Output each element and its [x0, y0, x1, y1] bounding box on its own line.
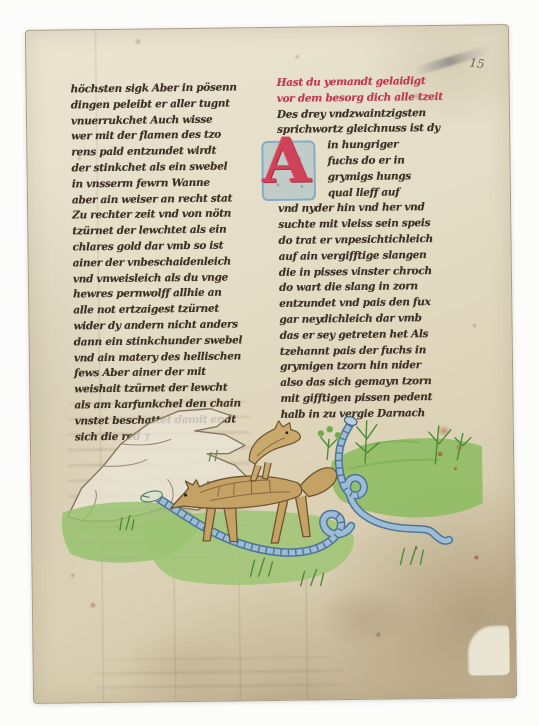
rubric-line: vor dem besorg dich alle tzeit [277, 89, 472, 107]
rubric: Hast du yemandt gelaidigtvor dem besorg … [276, 74, 471, 108]
initial-letter: A [253, 129, 320, 194]
right-text-column: Hast du yemandt gelaidigtvor dem besorg … [276, 74, 475, 424]
photo-background: { "page": { "folio_number": "15" }, "col… [0, 0, 539, 726]
paragraph-body: vnd nyder hin vnd her vndsuchte mit vlei… [278, 200, 476, 424]
leaping-fox [249, 421, 301, 482]
miniature-illustration [58, 397, 492, 598]
manuscript-page: 15 höchsten sigk Aber in pösenndingen pe… [25, 24, 517, 704]
illuminated-initial: A [253, 137, 320, 202]
verso-bleedthrough [94, 655, 344, 698]
initial-paragraph: A in hungrigerfuchs do er ingrymigs hung… [277, 137, 473, 203]
corner-repair-patch [467, 625, 510, 676]
left-text-column: höchsten sigk Aber in pösenndingen pelei… [71, 80, 280, 446]
folio-number: 15 [469, 57, 486, 71]
